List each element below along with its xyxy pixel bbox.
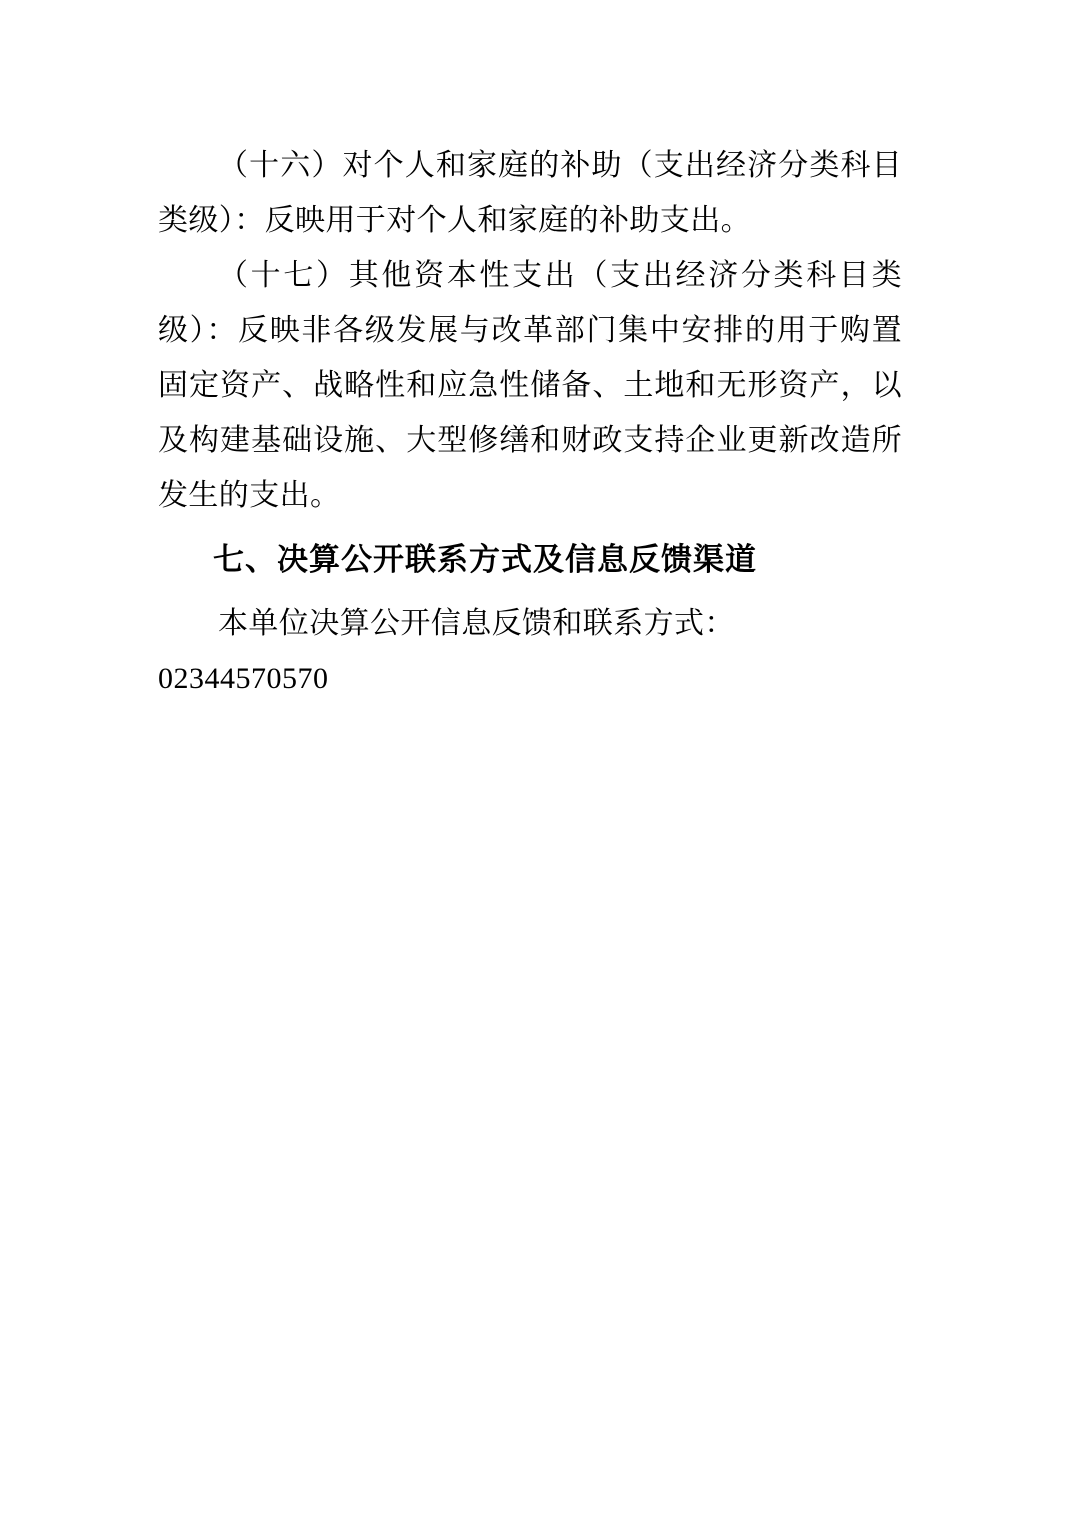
contact-line: 本单位决算公开信息反馈和联系方式：02344570570 — [158, 596, 902, 706]
document-page: （十六）对个人和家庭的补助（支出经济分类科目类级）：反映用于对个人和家庭的补助支… — [0, 0, 1075, 1520]
contact-label: 本单位决算公开信息反馈和联系方式： — [218, 607, 735, 640]
paragraph-item-16: （十六）对个人和家庭的补助（支出经济分类科目类级）：反映用于对个人和家庭的补助支… — [158, 138, 902, 248]
contact-phone-number: 02344570570 — [158, 662, 329, 695]
section-heading-contact-channels: 七、决算公开联系方式及信息反馈渠道 — [158, 532, 902, 587]
paragraph-item-17: （十七）其他资本性支出（支出经济分类科目类级）：反映非各级发展与改革部门集中安排… — [158, 248, 902, 523]
